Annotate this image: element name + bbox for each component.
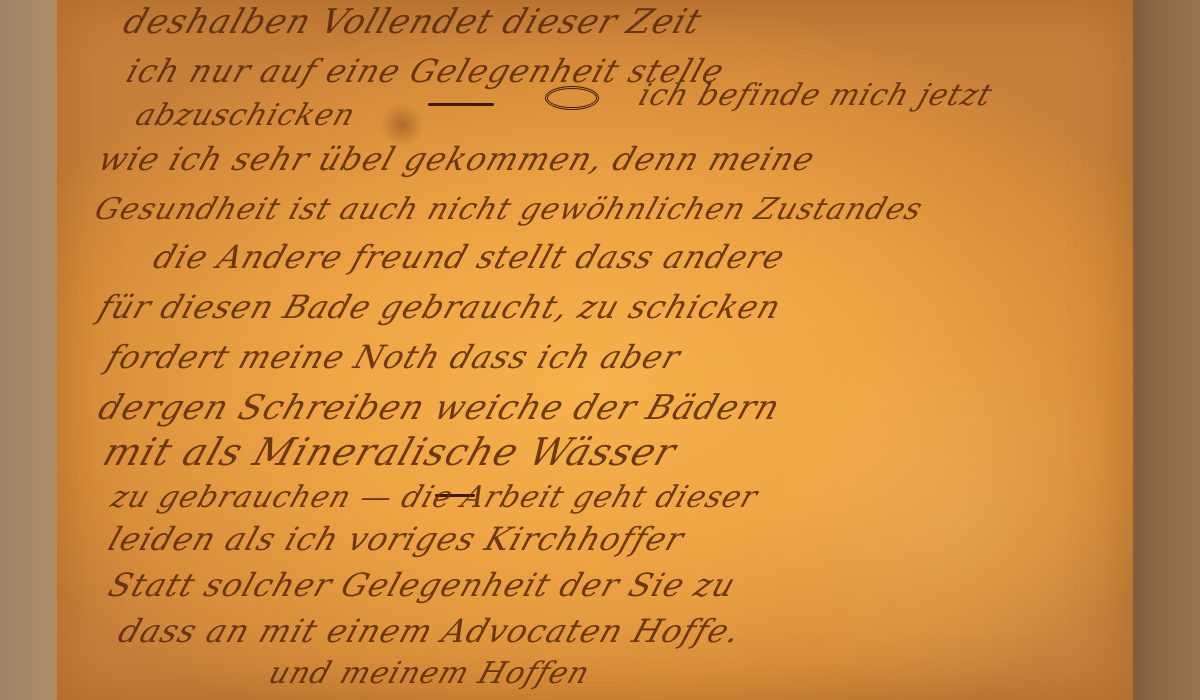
handwritten-line: leiden als ich voriges Kirchhoffer — [104, 520, 689, 558]
handwritten-line: deshalben Vollendet dieser Zeit — [119, 2, 708, 42]
handwritten-line: Gesundheit ist auch nicht gewöhnlichen Z… — [90, 192, 927, 227]
background-right — [1133, 0, 1200, 700]
handwritten-line: zu gebrauchen — die Arbeit geht dieser — [106, 480, 762, 515]
handwritten-line: ich nur auf eine Gelegenheit stelle — [122, 52, 730, 90]
handwritten-line: dergen Schreiben weiche der Bädern — [94, 388, 786, 428]
handwritten-line: Statt solcher Gelegenheit der Sie zu — [104, 566, 741, 604]
handwritten-line: dass an mit einem Advocaten Hoffe. — [114, 612, 746, 650]
manuscript-paper: deshalben Vollendet dieser Zeit ich nur … — [57, 0, 1133, 700]
handwritten-line: für diesen Bade gebraucht, zu schicken — [94, 288, 787, 326]
handwritten-line: fordert meine Noth dass ich aber — [102, 338, 686, 376]
handwritten-line: mit als Mineralische Wässer — [98, 430, 682, 474]
handwritten-line: und meinem Hoffen — [264, 656, 594, 691]
handwritten-line: die Andere freund stellt dass andere — [149, 238, 790, 276]
handwritten-line: ich befinde mich jetzt — [634, 78, 997, 113]
handwritten-line: wie ich sehr übel gekommen, denn meine — [94, 140, 820, 178]
ink-dash — [428, 103, 494, 106]
handwritten-line: abzuschicken — [131, 98, 360, 133]
